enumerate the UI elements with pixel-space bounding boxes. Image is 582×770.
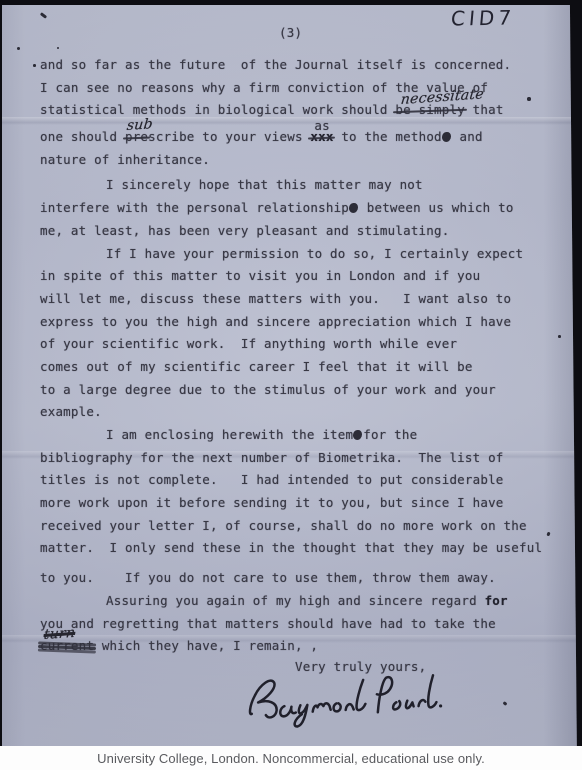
typed-text: interfere with the personal relationship [40,200,349,215]
typed-text: to a large degree due to the stimulus of… [40,382,496,397]
typed-text: and [452,129,483,144]
typed-text: will let me, discuss these matters with … [40,291,511,306]
letter-line: matter. I only send these in the thought… [40,537,562,560]
ink-speck [527,97,531,101]
typed-text: scribe to your views [148,129,310,144]
typed-text: express to you the high and sincere appr… [40,314,511,329]
letter-line: one should subprescribe to your views as… [40,126,562,149]
correction: necessitatebe simply [395,99,465,122]
letter-line: example. [40,401,562,424]
letter-line: comes out of my scientific career I feel… [40,356,562,379]
ink-speck [57,47,59,49]
letter-line: will let me, discuss these matters with … [40,288,562,311]
ink-blot [442,132,451,142]
correction: turncurrent [40,635,94,658]
typed-text: I sincerely hope that this matter may no… [106,177,423,192]
letter-line: to a large degree due to the stimulus of… [40,379,562,402]
typed-text: I am enclosing herewith the item [106,427,353,442]
typed-text: statistical methods in biological work s… [40,102,395,117]
correction: asxxx [310,126,333,149]
typed-text: which they have, I remain, , [94,638,318,653]
letter-body: and so far as the future of the Journal … [40,54,562,658]
letter-line: in spite of this matter to visit you in … [40,265,562,288]
page-number: (3) [279,25,302,40]
letter-line: If I have your permission to do so, I ce… [40,243,562,266]
letter-line: bibliography for the next number of Biom… [40,447,562,470]
typed-text: to the method [334,129,442,144]
struck-text: xxx [310,126,333,149]
letter-line: Assuring you again of my high and sincer… [40,590,562,613]
typed-text: between us which to [359,200,514,215]
typed-text: you and regretting that matters should h… [40,616,496,631]
typed-text: more work upon it before sending it to y… [40,495,504,510]
caption-bar: University College, London. Noncommercia… [0,746,582,770]
typed-text: that [465,102,504,117]
ink-speck [558,335,561,338]
archive-code-annotation: CID7 [450,5,516,30]
typed-text: in spite of this matter to visit you in … [40,268,480,283]
letter-line: to you. If you do not care to use them, … [40,567,562,590]
typed-text: comes out of my scientific career I feel… [40,359,473,374]
ink-blot [353,430,362,440]
letter-line: more work upon it before sending it to y… [40,492,562,515]
scanned-letter-photo: (3) CID7 and so far as the future of the… [0,0,582,770]
typed-text: matter. I only send these in the thought… [40,540,542,555]
typed-text: received your letter I, of course, shall… [40,518,527,533]
typed-text: to you. If you do not care to use them, … [40,570,496,585]
letter-paper: (3) CID7 and so far as the future of the… [2,5,578,746]
ink-speck [33,64,36,67]
typed-text: for the [363,427,417,442]
typed-text: Assuring you again of my high and sincer… [106,593,485,608]
ink-speck [40,12,47,19]
letter-line: titles is not complete. I had intended t… [40,469,562,492]
letter-line: nature of inheritance. [40,149,562,172]
letter-line: and so far as the future of the Journal … [40,54,562,77]
typed-text: of your scientific work. If anything wor… [40,336,457,351]
letter-line: express to you the high and sincere appr… [40,311,562,334]
typed-text: example. [40,404,102,419]
signature: Raymond Pearl. [245,663,444,731]
letter-line: you and regretting that matters should h… [40,613,562,636]
letter-line: of your scientific work. If anything wor… [40,333,562,356]
struck-text: current [40,635,94,658]
letter-line: received your letter I, of course, shall… [40,515,562,538]
typed-text: one should [40,129,125,144]
letter-line: turncurrent which they have, I remain, , [40,635,562,658]
ink-blot [349,203,358,213]
typed-text: titles is not complete. I had intended t… [40,472,504,487]
typed-text: and so far as the future of the Journal … [40,57,511,72]
caption-text: University College, London. Noncommercia… [97,751,485,766]
ink-speck [17,47,20,50]
letter-line: me, at least, has been very pleasant and… [40,220,562,243]
letter-line: I sincerely hope that this matter may no… [40,174,562,197]
correction: subpre [125,126,148,149]
typed-text: nature of inheritance. [40,152,210,167]
typed-text: bibliography for the next number of Biom… [40,450,504,465]
struck-text: pre [125,126,148,149]
ink-speck [503,701,508,706]
letter-line: I am enclosing herewith the itemfor the [40,424,562,447]
typed-text: me, at least, has been very pleasant and… [40,223,449,238]
letter-line: interfere with the personal relationship… [40,197,562,220]
struck-text: be simply [395,99,465,122]
letter-line: statistical methods in biological work s… [40,99,562,122]
signature-svg [245,663,444,731]
typed-text: for [485,593,508,608]
typed-text: If I have your permission to do so, I ce… [106,246,523,261]
